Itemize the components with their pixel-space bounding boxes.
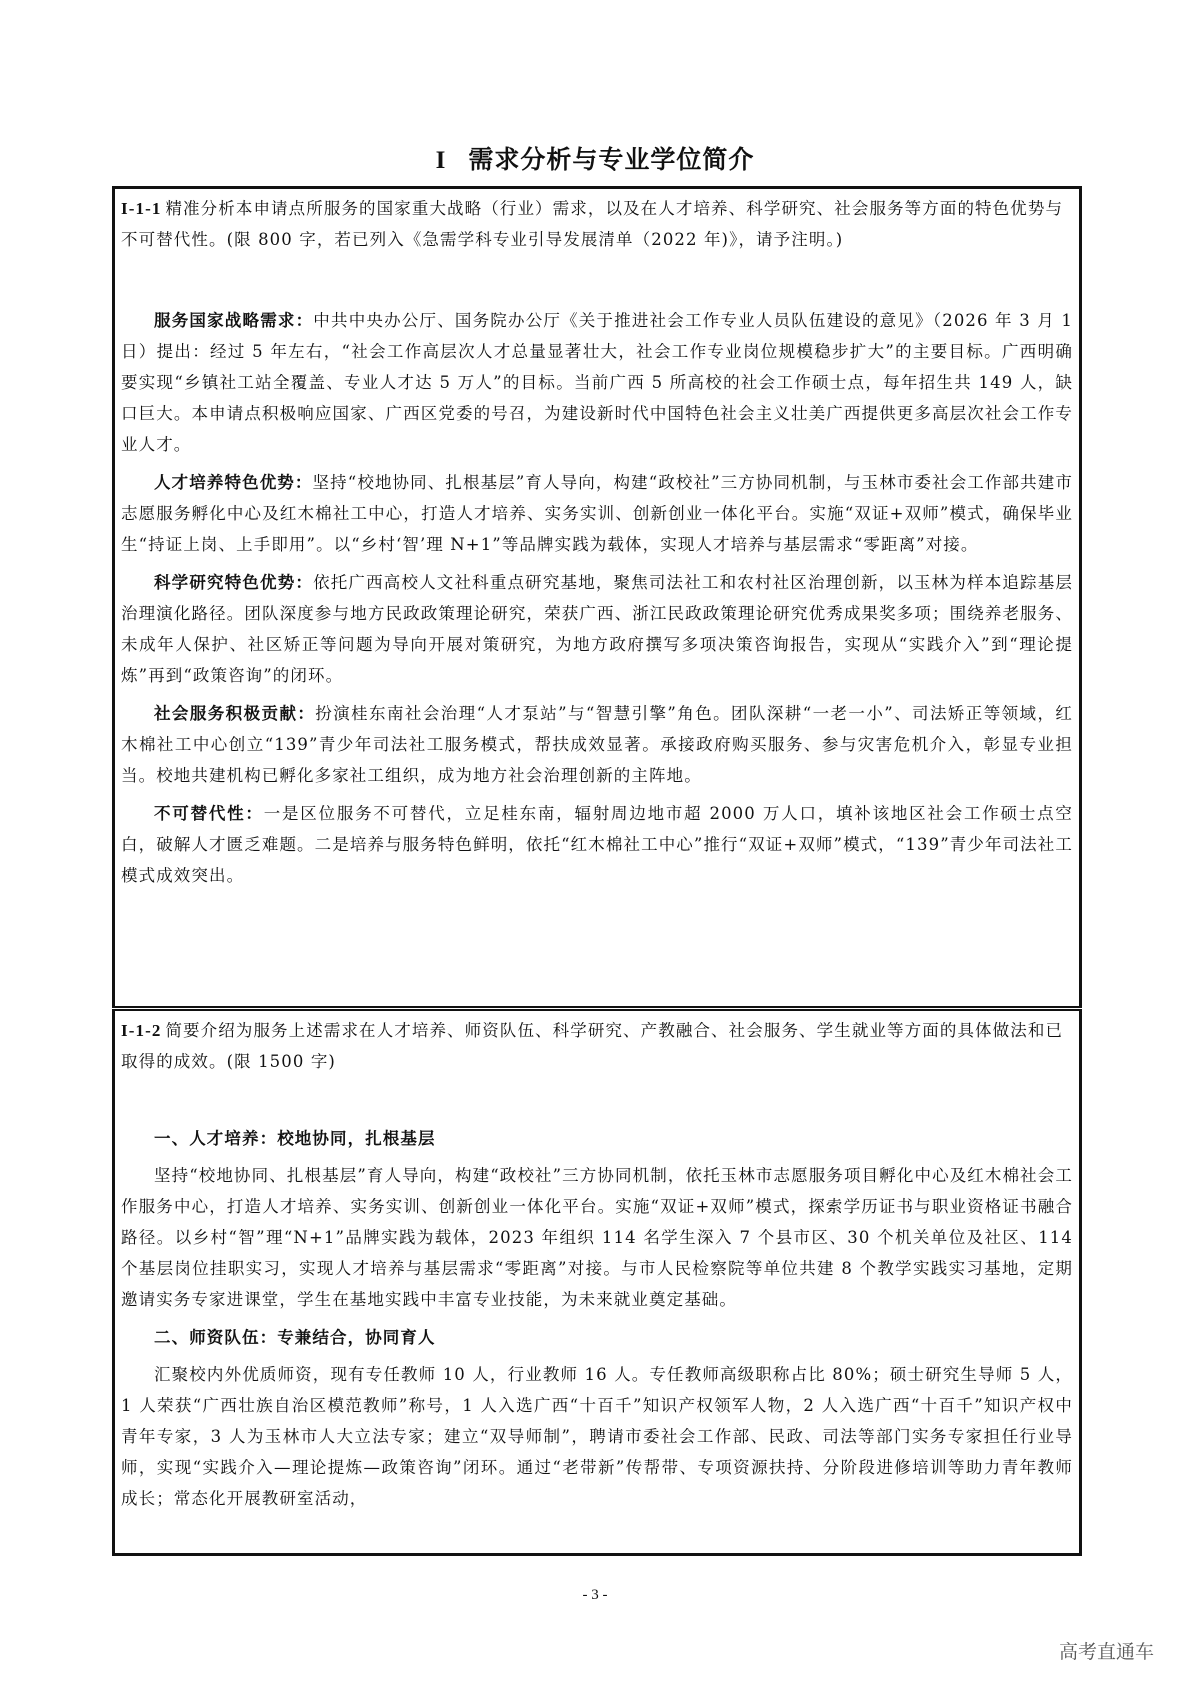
- section-code: I-1-1: [121, 199, 161, 218]
- chapter-title: 需求分析与专业学位简介: [468, 145, 754, 174]
- paragraph-irreplaceability: 不可替代性：一是区位服务不可替代，立足桂东南，辐射周边地市超 2000 万人口，…: [121, 798, 1073, 891]
- section-box-i-1-2: I-1-2简要介绍为服务上述需求在人才培养、师资队伍、科学研究、产教融合、社会服…: [112, 1009, 1082, 1556]
- section-prompt: I-1-1精准分析本申请点所服务的国家重大战略（行业）需求，以及在人才培养、科学…: [115, 189, 1079, 255]
- page-number: - 3 -: [0, 1587, 1190, 1604]
- paragraph-faculty-detail: 汇聚校内外优质师资，现有专任教师 10 人，行业教师 16 人。专任教师高级职称…: [121, 1359, 1073, 1514]
- section-prompt-text: 简要介绍为服务上述需求在人才培养、师资队伍、科学研究、产教融合、社会服务、学生就…: [121, 1021, 1063, 1071]
- paragraph-research: 科学研究特色优势：依托广西高校人文社科重点研究基地，聚焦司法社工和农村社区治理创…: [121, 567, 1073, 691]
- watermark: 高考直通车: [1059, 1637, 1154, 1664]
- section-box-i-1-1: I-1-1精准分析本申请点所服务的国家重大战略（行业）需求，以及在人才培养、科学…: [112, 186, 1082, 1008]
- paragraph-social-service: 社会服务积极贡献：扮演桂东南社会治理“人才泵站”与“智慧引擎”角色。团队深耕“一…: [121, 698, 1073, 791]
- paragraph-strategic-needs: 服务国家战略需求：中共中央办公厅、国务院办公厅《关于推进社会工作专业人员队伍建设…: [121, 305, 1073, 460]
- section-body: 服务国家战略需求：中共中央办公厅、国务院办公厅《关于推进社会工作专业人员队伍建设…: [115, 305, 1079, 891]
- subheading-faculty: 二、师资队伍：专兼结合，协同育人: [121, 1322, 1073, 1353]
- section-prompt-text: 精准分析本申请点所服务的国家重大战略（行业）需求，以及在人才培养、科学研究、社会…: [121, 199, 1063, 249]
- paragraph-talent-training-detail: 坚持“校地协同、扎根基层”育人导向，构建“政校社”三方协同机制，依托玉林市志愿服…: [121, 1160, 1073, 1315]
- page-title: I需求分析与专业学位简介: [0, 140, 1190, 176]
- section-body: 一、人才培养：校地协同，扎根基层 坚持“校地协同、扎根基层”育人导向，构建“政校…: [115, 1123, 1079, 1514]
- section-code: I-1-2: [121, 1021, 161, 1040]
- section-prompt: I-1-2简要介绍为服务上述需求在人才培养、师资队伍、科学研究、产教融合、社会服…: [115, 1011, 1079, 1077]
- chapter-number: I: [436, 147, 447, 174]
- paragraph-talent-training: 人才培养特色优势：坚持“校地协同、扎根基层”育人导向，构建“政校社”三方协同机制…: [121, 467, 1073, 560]
- subheading-talent-training: 一、人才培养：校地协同，扎根基层: [121, 1123, 1073, 1154]
